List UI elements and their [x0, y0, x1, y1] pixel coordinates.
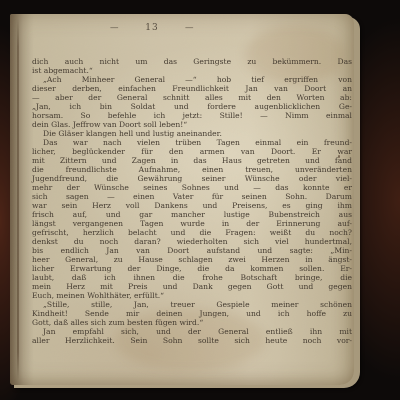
- text-line: mein Herz mit Preis und Dank gegen Gott …: [32, 282, 352, 291]
- text-line: längst vergangenen Tagen wurde in der Er…: [32, 219, 352, 228]
- text-line: frisch auf, und gar mancher lustige Bube…: [32, 210, 352, 219]
- binding-gutter-shadow: [10, 14, 34, 385]
- text-line: Gott, daß alles sich zum besten fügen wi…: [32, 318, 352, 327]
- text-line: „Ach Minheer General —“ hob tief ergriff…: [32, 75, 352, 84]
- text-line: Die Gläser klangen hell und lustig anein…: [32, 129, 352, 138]
- text-line: aller Herzlichkeit. Sein Sohn sollte sic…: [32, 336, 352, 345]
- text-line: „Jan, ich bin Soldat und fordere augenbl…: [32, 102, 352, 111]
- text-line: die freundlichste Aufnahme, einen treuen…: [32, 165, 352, 174]
- text-line: licher, beglückender für den armen van D…: [32, 147, 352, 156]
- text-line: laubt, daß ich ihnen die frohe Botschaft…: [32, 273, 352, 282]
- text-line: ist abgemacht.“: [32, 66, 352, 75]
- page-crease-line: [17, 18, 19, 381]
- text-line: Jugendfreund, die Gewährung seiner Wünsc…: [32, 174, 352, 183]
- text-line: horsam. So befehle ich jetzt: Stille! — …: [32, 111, 352, 120]
- text-line: — aber der General schnitt alles mit den…: [32, 93, 352, 102]
- text-line: Euch, meinen Wohlthäter, erfüllt.“: [32, 291, 352, 300]
- text-line: dich auch nicht um das Geringste zu bekü…: [32, 57, 352, 66]
- text-line: licher Erwartung der Dinge, die da komme…: [32, 264, 352, 273]
- text-line: war sein Herz voll Dankens und Preisens,…: [32, 201, 352, 210]
- scanned-book-photo: { "colors":{ "backdrop":"#0d0a09", "cove…: [0, 0, 400, 400]
- text-line: denkst du noch daran? wiederholten sich …: [32, 237, 352, 246]
- text-line: dein Glas. Jeffrow van Doort soll leben!…: [32, 120, 352, 129]
- header-dash-right: —: [185, 23, 194, 33]
- text-line: gefrischt, herzlich belacht und die Frag…: [32, 228, 352, 237]
- text-line: sich sagen — einen Vater für seinen Sohn…: [32, 192, 352, 201]
- page-number: 13: [145, 23, 158, 33]
- body-text-block: dich auch nicht um das Geringste zu bekü…: [32, 57, 352, 345]
- page-header: — 13 —: [110, 23, 194, 33]
- text-line: mehr der Wünsche seines Sohnes und — das…: [32, 183, 352, 192]
- text-line: „Stille, stille, Jan, treuer Gespiele me…: [32, 300, 352, 309]
- header-dash-left: —: [110, 23, 119, 33]
- text-line: heer General, zu Hause schlagen zwei Her…: [32, 255, 352, 264]
- book-page: — 13 — dich auch nicht um das Geringste …: [10, 14, 354, 385]
- text-line: Kindheit! Sende mir deinen Jungen, und i…: [32, 309, 352, 318]
- text-line: mit Zittern und Zagen in das Haus getret…: [32, 156, 352, 165]
- text-line: Das war nach vielen trüben Tagen einmal …: [32, 138, 352, 147]
- text-line: Jan empfahl sich, und der General entlie…: [32, 327, 352, 336]
- text-line: bis endlich Jan van Doort aufstand und s…: [32, 246, 352, 255]
- text-line: dieser derben, einfachen Freundlichkeit …: [32, 84, 352, 93]
